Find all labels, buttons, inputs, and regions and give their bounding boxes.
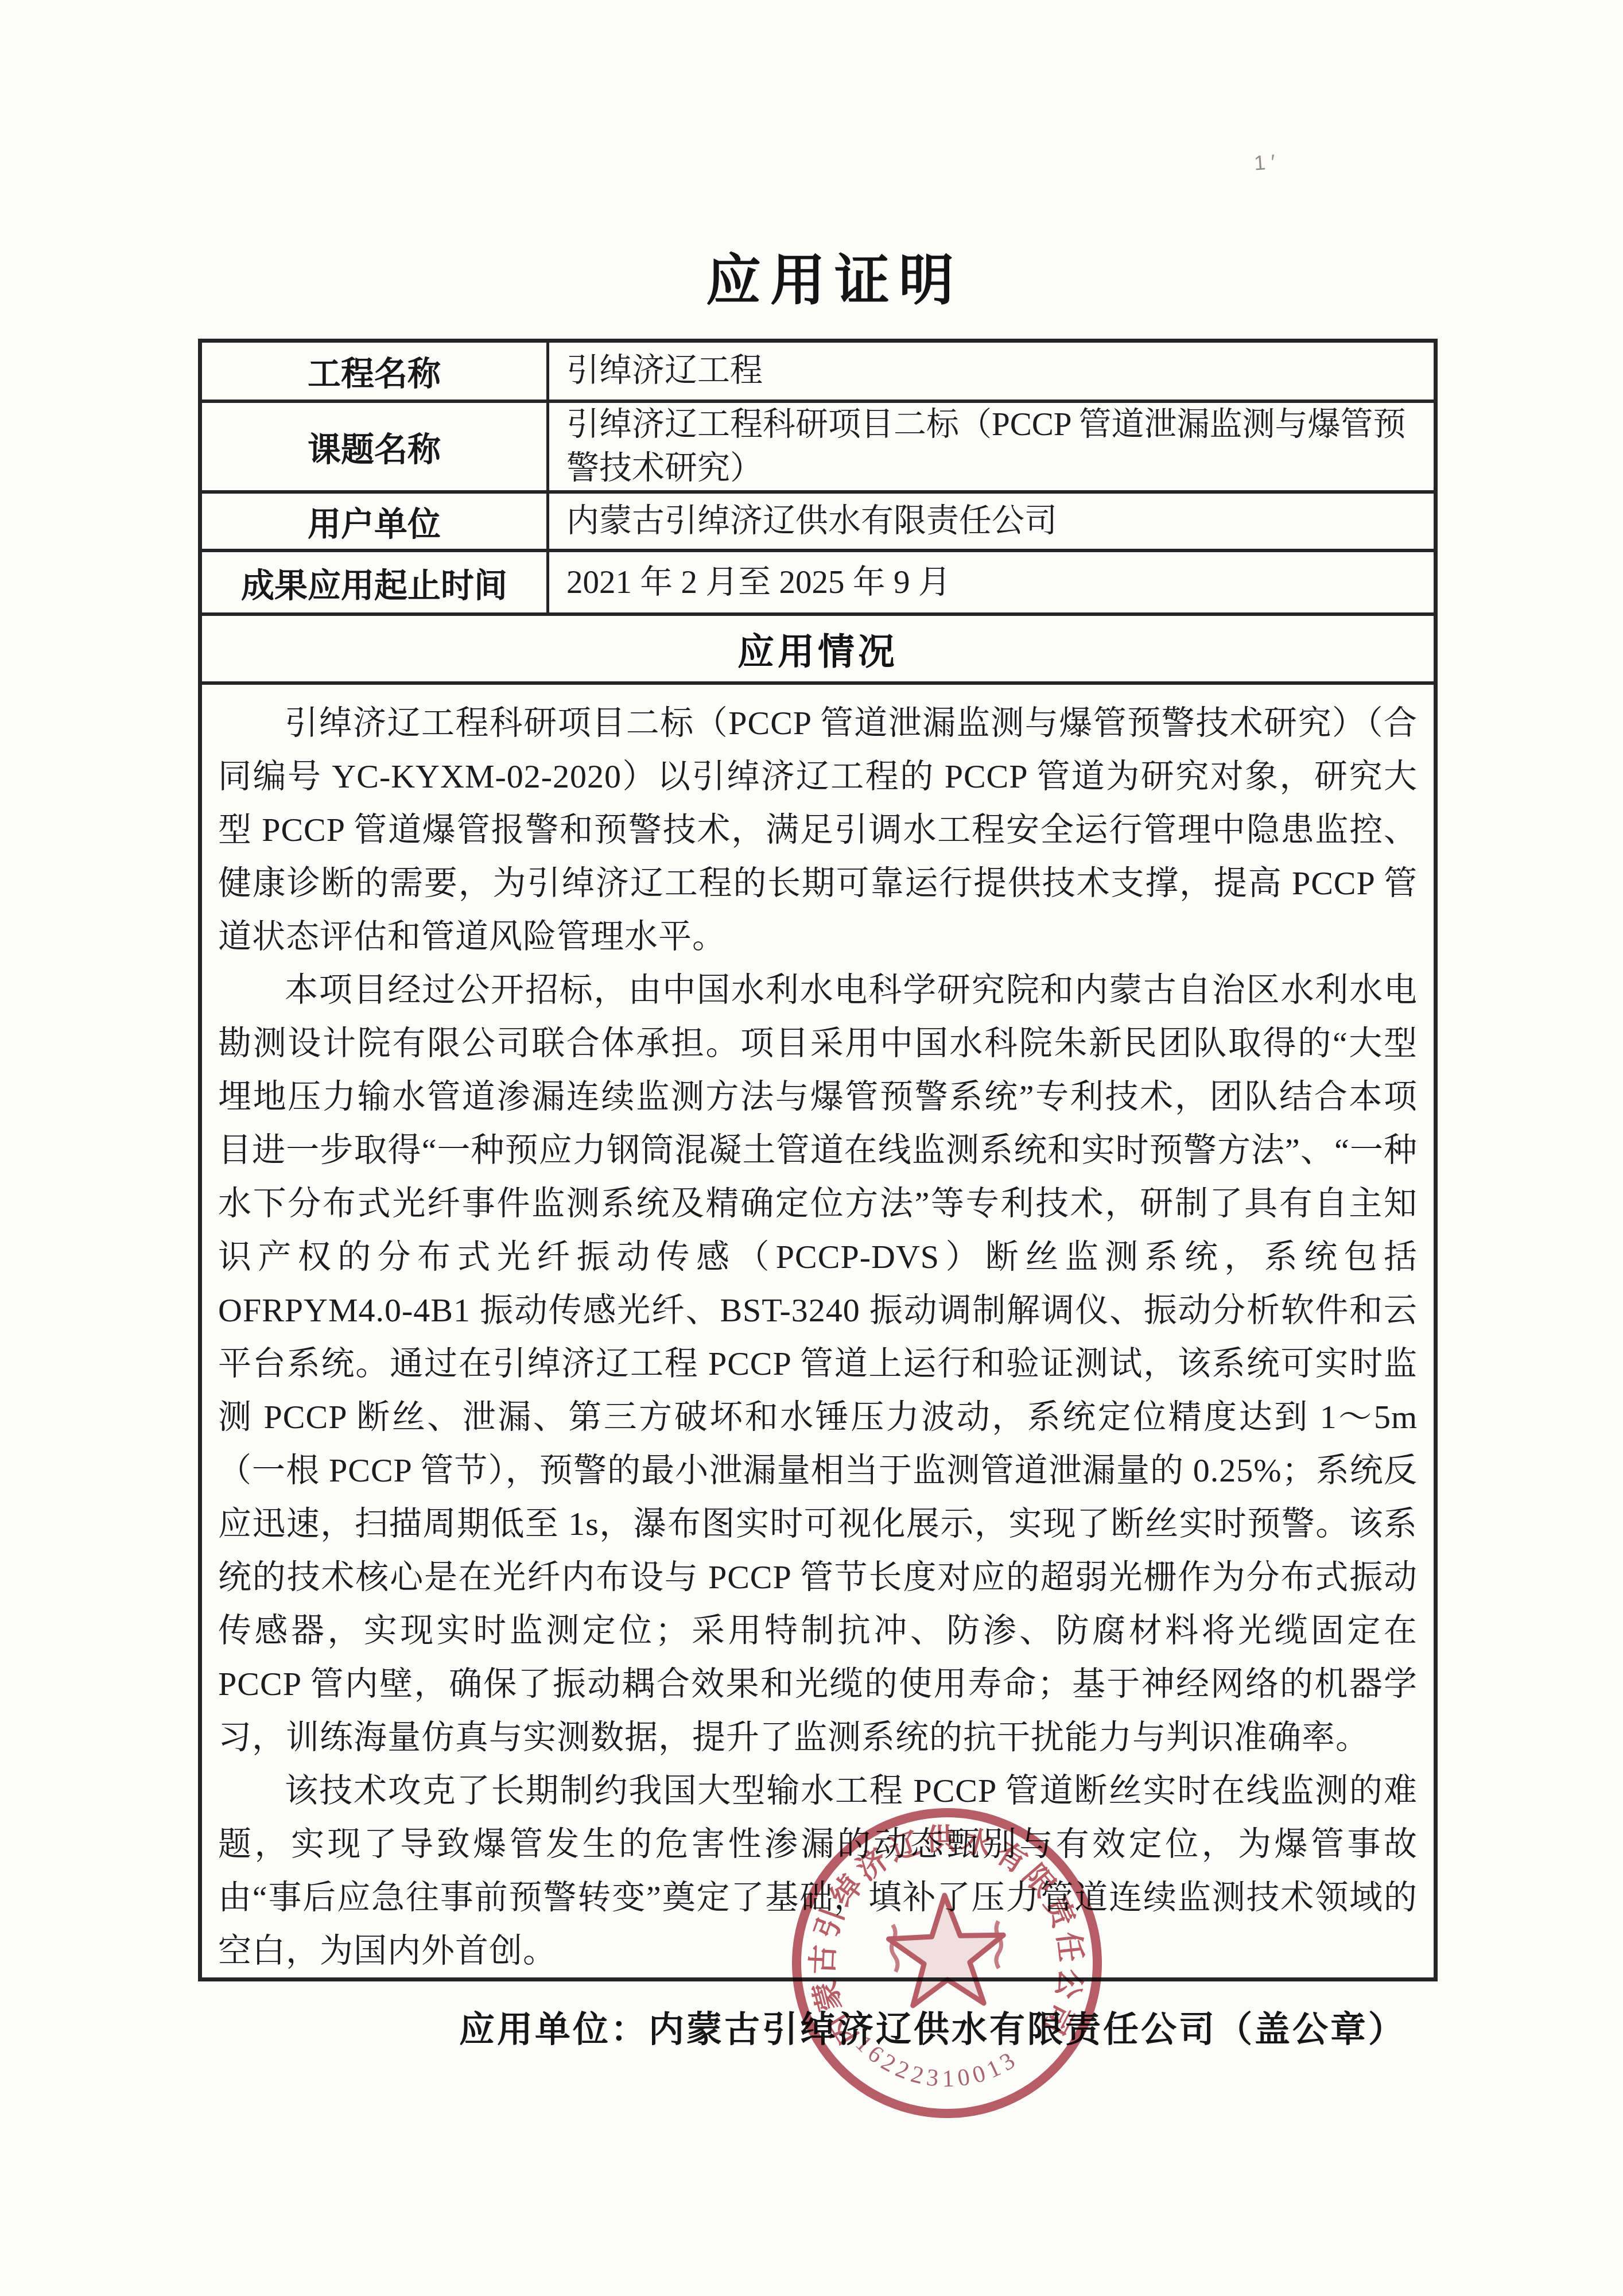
- row-value: 引绰济辽工程科研项目二标（PCCP 管道泄漏监测与爆管预警技术研究）: [549, 403, 1434, 490]
- page-title: 应用证明: [23, 236, 1623, 315]
- section-header-title: 应用情况: [737, 622, 898, 675]
- row-value: 2021 年 2 月至 2025 年 9 月: [549, 552, 1434, 612]
- application-status-cell: 引绰济辽工程科研项目二标（PCCP 管道泄漏监测与爆管预警技术研究）（合同编号 …: [202, 685, 1434, 1977]
- section-header-row: 应用情况: [202, 616, 1434, 685]
- mongolian-script-mark: [995, 1921, 1002, 1968]
- row-label: 课题名称: [202, 403, 549, 490]
- seal-star-icon: [887, 1894, 1005, 2007]
- row-label: 用户单位: [202, 494, 549, 549]
- table-row-project-name: 工程名称 引绰济辽工程: [202, 343, 1434, 403]
- row-value: 引绰济辽工程: [549, 343, 1434, 400]
- application-status-text: 引绰济辽工程科研项目二标（PCCP 管道泄漏监测与爆管预警技术研究）（合同编号 …: [202, 685, 1434, 1977]
- official-seal-stamp: 内蒙古引绰济辽供水有限责任公司 16222310013: [769, 1785, 1125, 2142]
- table-row-topic-name: 课题名称 引绰济辽工程科研项目二标（PCCP 管道泄漏监测与爆管预警技术研究）: [202, 403, 1434, 494]
- table-row-application-period: 成果应用起止时间 2021 年 2 月至 2025 年 9 月: [202, 552, 1434, 616]
- table-row-user-unit: 用户单位 内蒙古引绰济辽供水有限责任公司: [202, 494, 1434, 553]
- mongolian-script-mark: [891, 1925, 898, 1972]
- info-table: 工程名称 引绰济辽工程 课题名称 引绰济辽工程科研项目二标（PCCP 管道泄漏监…: [198, 339, 1438, 1981]
- paragraph-2: 本项目经过公开招标，由中国水利水电科学研究院和内蒙古自治区水利水电勘测设计院有限…: [218, 963, 1418, 1764]
- row-label: 成果应用起止时间: [202, 552, 549, 612]
- paragraph-1: 引绰济辽工程科研项目二标（PCCP 管道泄漏监测与爆管预警技术研究）（合同编号 …: [218, 696, 1418, 963]
- document-page: 1′ 应用证明 工程名称 引绰济辽工程 课题名称 引绰济辽工程科研项目二标（PC…: [0, 0, 1623, 2296]
- scan-artifact-mark: 1′: [1253, 149, 1282, 175]
- row-label: 工程名称: [202, 343, 549, 400]
- row-value: 内蒙古引绰济辽供水有限责任公司: [549, 494, 1434, 549]
